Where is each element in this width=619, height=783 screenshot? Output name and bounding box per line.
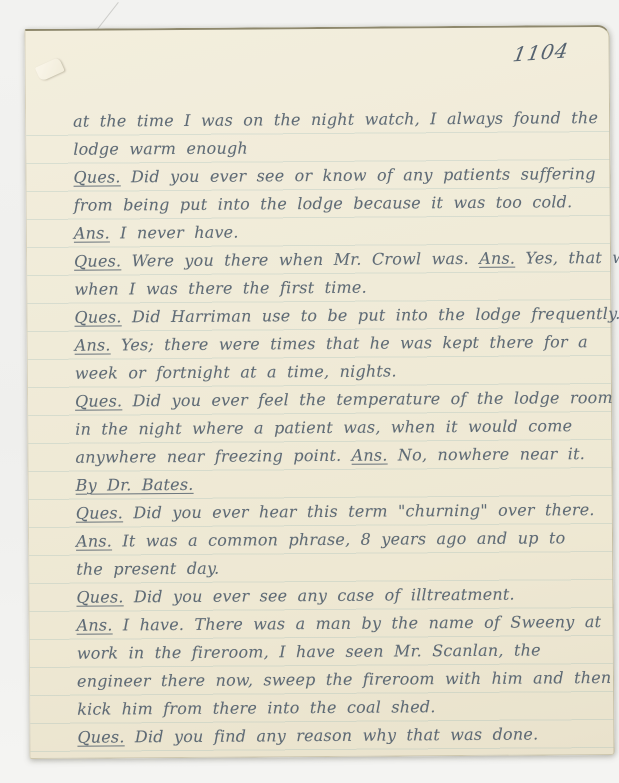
handwritten-line: Ans. I never have. [74,216,600,248]
handwritten-text: work in the fireroom, I have seen Mr. Sc… [77,640,541,662]
underlined-label: Ans. [479,249,515,268]
handwritten-line: Ans. Yes; there were times that he was k… [75,328,601,360]
underlined-label: Ques. [76,503,123,522]
handwritten-text: week or fortnight at a time, nights. [75,361,397,382]
handwritten-line: kick him from there into the coal shed. [77,692,603,724]
handwritten-line: Ques. Did you find any reason why that w… [77,720,603,752]
handwritten-text: I have. There was a man by the name of S… [113,612,602,634]
handwritten-line: when I was there the first time. [74,272,600,304]
handwritten-line: engineer there now, sweep the fireroom w… [77,664,603,696]
handwritten-text: I never have. [110,223,239,243]
handwritten-text: Did you ever feel the temperature of the… [122,388,613,410]
underlined-label: Ans. [352,446,388,465]
handwritten-text: Yes; there were times that he was kept t… [111,332,588,354]
underlined-label: Ques. [75,391,122,410]
handwritten-line: Ques. Did Harriman use to be put into th… [74,300,600,332]
handwritten-text: when I was there the first time. [74,278,367,299]
handwritten-text: No, nowhere near it. [388,444,586,464]
handwritten-line: Ans. I have. There was a man by the name… [77,608,603,640]
handwritten-line: the present day. [76,552,602,584]
handwritten-text: Did you ever see or know of any patients… [121,164,596,186]
underlined-label: Ques. [76,587,123,606]
underlined-label: Ans. [75,335,111,354]
handwritten-text: engineer there now, sweep the fireroom w… [77,668,612,691]
handwritten-line: from being put into the lodge because it… [74,188,600,220]
handwritten-line: Ques. Were you there when Mr. Crowl was.… [74,244,600,276]
handwritten-text: It was a common phrase, 8 years ago and … [112,528,566,550]
page-number: 1104 [511,38,571,66]
handwritten-line: work in the fireroom, I have seen Mr. Sc… [77,636,603,668]
handwritten-line: Ans. It was a common phrase, 8 years ago… [76,524,602,556]
handwritten-text: the present day. [76,559,219,579]
underlined-label: Ques. [73,167,120,186]
handwritten-line: anywhere near freezing point. Ans. No, n… [75,440,601,472]
handwritten-text: kick him from there into the coal shed. [77,697,436,719]
underlined-label: Ques. [74,251,121,270]
underlined-label: Ques. [74,307,121,326]
handwritten-text: Did you find any reason why that was don… [125,724,539,746]
handwritten-text: anywhere near freezing point. [75,446,351,467]
handwritten-line: Ques. Did you ever see any case of illtr… [76,580,602,612]
handwritten-text: lodge warm enough [73,138,248,158]
underlined-label: Ans. [76,531,112,550]
handwritten-text: Did Harriman use to be put into the lodg… [122,304,619,326]
handwritten-text: Did you ever hear this term "churning" o… [123,500,595,522]
handwritten-text: Were you there when Mr. Crowl was. [121,249,479,270]
handwritten-line: week or fortnight at a time, nights. [75,356,601,388]
handwritten-line: lodge warm enough [73,132,599,164]
handwritten-text: at the time I was on the night watch, I … [73,108,598,131]
handwritten-text: Did you ever see any case of illtreatmen… [124,585,515,607]
underlined-label: Ans. [77,615,113,634]
paper-fold-mark [35,57,65,81]
handwritten-text-block: at the time I was on the night watch, I … [73,104,603,752]
handwritten-line: in the night where a patient was, when i… [75,412,601,444]
handwritten-line: By Dr. Bates. [76,468,602,500]
handwritten-text: Yes, that was [515,248,619,268]
handwritten-line: at the time I was on the night watch, I … [73,104,599,136]
handwritten-line: Ques. Did you ever see or know of any pa… [73,160,599,192]
handwritten-line: Ques. Did you ever feel the temperature … [75,384,601,416]
handwritten-line: Ques. Did you ever hear this term "churn… [76,496,602,528]
underlined-label: Ques. [77,727,124,746]
underlined-label: By Dr. Bates. [76,475,194,495]
underlined-label: Ans. [74,223,110,242]
handwritten-text: in the night where a patient was, when i… [75,416,572,438]
paper-sheet: 1104 at the time I was on the night watc… [24,25,614,759]
scan-background: 1104 at the time I was on the night watc… [0,0,619,783]
handwritten-text: from being put into the lodge because it… [74,192,573,214]
